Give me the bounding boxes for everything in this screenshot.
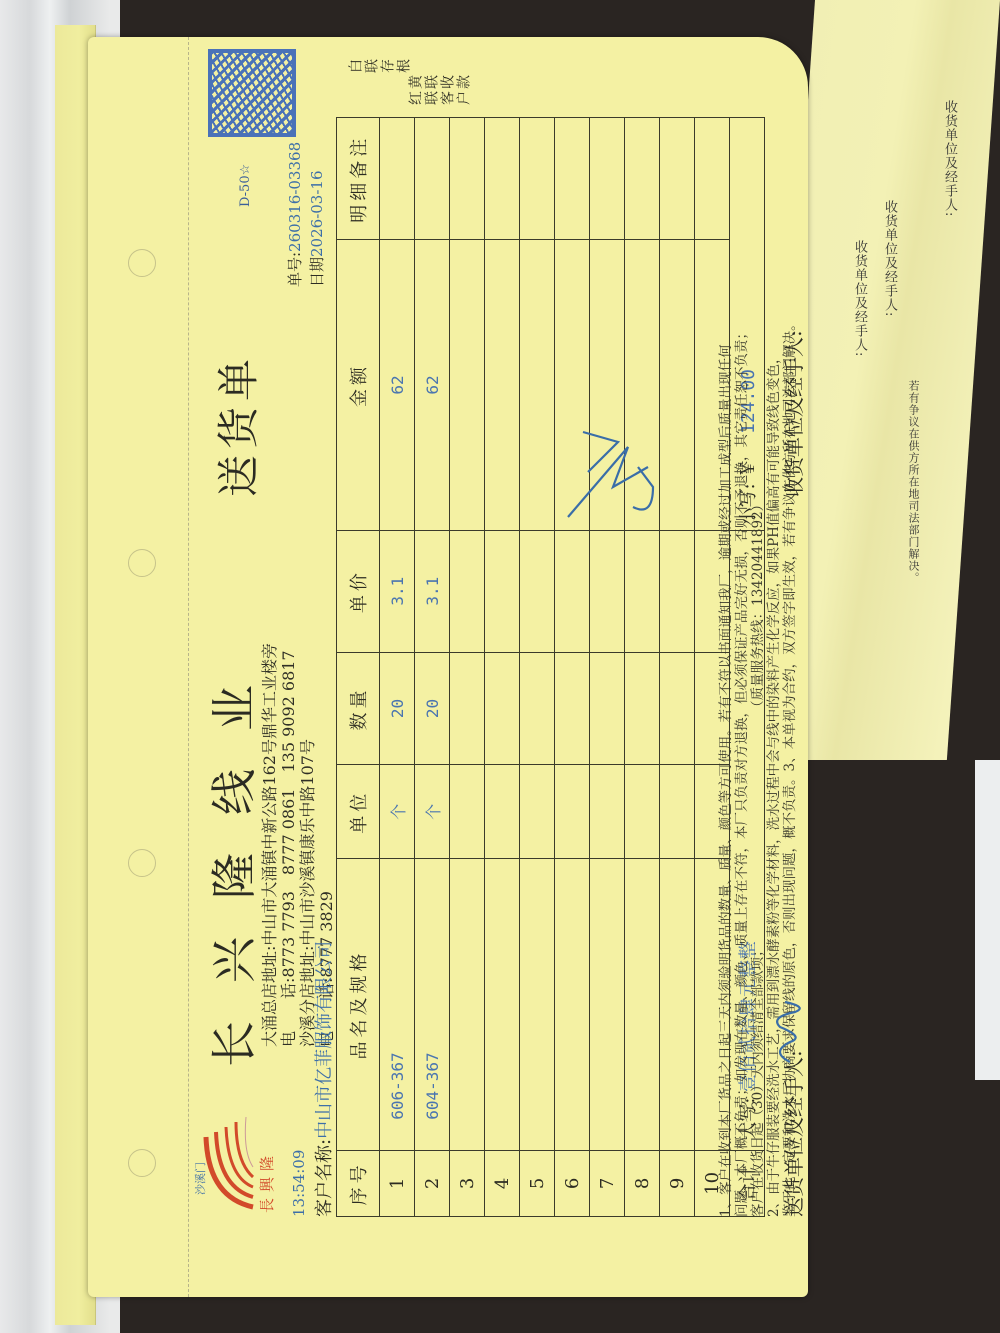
terms-line: 问题，本厂概不负责；如发现在数量、颜色、质量上存在不符，本厂只负责对方退换，但必… [734, 97, 750, 1217]
cell-price [659, 530, 694, 652]
cell-unit [449, 764, 484, 858]
cell-amount: 62 [379, 239, 414, 529]
header-no: 序号 [336, 1150, 379, 1216]
delivery-note-photo: 沙溪门 長興隆 长兴隆线业 送货单 大涌总店地址:中山市大涌镇中新公路162号鼎… [80, 0, 815, 1333]
document-date: 日期2026-03-16 [306, 170, 327, 287]
table-row: 6 [554, 117, 589, 1216]
cell-spec [484, 858, 519, 1150]
cell-unit [484, 764, 519, 858]
cell-note [589, 117, 624, 239]
cell-price [484, 530, 519, 652]
cell-note [659, 117, 694, 239]
cell-no: 8 [624, 1150, 659, 1216]
handwritten-signature-icon [558, 407, 658, 527]
cell-amount [519, 239, 554, 529]
items-table: 序号 品名及规格 单位 数量 单价 金额 明细备注 1 606-367 个 20… [336, 117, 765, 1217]
cell-no: 3 [449, 1150, 484, 1216]
cell-price [589, 530, 624, 652]
cell-spec [624, 858, 659, 1150]
background-white-sheet [975, 760, 1000, 1080]
delivery-note: 沙溪门 長興隆 长兴隆线业 送货单 大涌总店地址:中山市大涌镇中新公路162号鼎… [88, 37, 808, 1297]
cell-unit [519, 764, 554, 858]
cell-note [624, 117, 659, 239]
cell-no: 7 [589, 1150, 624, 1216]
table-row: 3 [449, 117, 484, 1216]
cell-qty [554, 652, 589, 764]
head-office-address-label: 大涌总店地址: [260, 945, 279, 1046]
table-row: 5 [519, 117, 554, 1216]
head-office-address: 中山市大涌镇中新公路162号鼎华工业楼旁 [260, 643, 279, 946]
cell-amount [484, 239, 519, 529]
customer-name: 中山市亿菲服饰有限公司 [314, 940, 335, 1138]
punch-hole [128, 549, 156, 577]
cell-spec [659, 858, 694, 1150]
sender-signature-label: 送货单位及经手人: [778, 1050, 807, 1217]
cell-no: 2 [414, 1150, 449, 1216]
print-time: 13:54:09 [290, 1149, 308, 1216]
perforation-line [188, 37, 189, 1297]
receiver-signature-label: 收货单位及经手人: [778, 330, 807, 497]
cell-note [519, 117, 554, 239]
header-amount: 金额 [336, 239, 379, 529]
cell-qty [659, 652, 694, 764]
logo-brand-text: 長興隆 [256, 1149, 277, 1212]
document-number-value: 260316-03368 [286, 141, 304, 251]
cell-spec [554, 858, 589, 1150]
header-unit: 单位 [336, 764, 379, 858]
cell-spec: 606-367 [379, 858, 414, 1150]
cell-note [484, 117, 519, 239]
cell-qty [449, 652, 484, 764]
cell-price [449, 530, 484, 652]
cell-price: 3.1 [379, 530, 414, 652]
cell-unit [624, 764, 659, 858]
cell-unit [554, 764, 589, 858]
header-qty: 数量 [336, 652, 379, 764]
cell-no: 4 [484, 1150, 519, 1216]
cell-qty [484, 652, 519, 764]
background-receiver-label: 收货单位及经手人: [880, 200, 899, 317]
header-price: 单价 [336, 530, 379, 652]
company-logo: 沙溪门 長興隆 [198, 1107, 278, 1217]
cell-qty: 20 [379, 652, 414, 764]
terms-line: 1、客户在收到本厂货品之日起三天内须验明货品的数量、质量、颜色等方可使用。若有不… [718, 97, 734, 1217]
cell-no: 1 [379, 1150, 414, 1216]
cell-note [554, 117, 589, 239]
punch-hole [128, 849, 156, 877]
header-note: 明细备注 [336, 117, 379, 239]
sender-signature-icon [770, 997, 810, 1067]
cell-amount [449, 239, 484, 529]
document-date-label: 日期 [308, 256, 326, 286]
cell-amount: 62 [414, 239, 449, 529]
cell-unit: 个 [379, 764, 414, 858]
document-number: 单号:260316-03368 [284, 141, 305, 286]
cell-qty: 20 [414, 652, 449, 764]
cell-price: 3.1 [414, 530, 449, 652]
cell-no: 5 [519, 1150, 554, 1216]
head-office-phone: 8773 7793 8777 0861 135 9092 6817 [279, 650, 298, 977]
copy-yellow-label: 黄联收款 [408, 75, 472, 91]
cell-price [519, 530, 554, 652]
background-receiver-label: 收货单位及经手人: [940, 100, 959, 217]
customer-label: 客户名称: [314, 1138, 335, 1216]
cell-qty [519, 652, 554, 764]
branch-address: 中山市沙溪镇康乐中路107号 [298, 739, 317, 946]
customer-field: 客户名称:中山市亿菲服饰有限公司 [310, 940, 336, 1216]
cell-price [624, 530, 659, 652]
copy-white-label: 白联存根 [348, 59, 472, 75]
company-title: 长兴隆线业 [198, 647, 264, 1067]
cell-spec [589, 858, 624, 1150]
cell-qty [589, 652, 624, 764]
table-row: 1 606-367 个 20 3.1 62 [379, 117, 414, 1216]
logo-branch-text: 沙溪门 [192, 1162, 208, 1195]
table-row: 4 [484, 117, 519, 1216]
header-spec: 品名及规格 [336, 858, 379, 1150]
table-row: 9 [659, 117, 694, 1216]
punch-hole [128, 249, 156, 277]
cell-qty [624, 652, 659, 764]
background-terms-text: 若有争议在供方所在地司法部门解决。 [905, 380, 921, 584]
table-row: 2 604-367 个 20 3.1 62 [414, 117, 449, 1216]
document-number-label: 单号: [286, 251, 304, 286]
cell-unit: 个 [414, 764, 449, 858]
document-date-value: 2026-03-16 [308, 170, 326, 256]
cell-no: 9 [659, 1150, 694, 1216]
cell-amount [659, 239, 694, 529]
table-header-row: 序号 品名及规格 单位 数量 单价 金额 明细备注 [336, 117, 379, 1216]
cell-unit [659, 764, 694, 858]
cell-spec: 604-367 [414, 858, 449, 1150]
background-receiver-label: 收货单位及经手人: [850, 240, 869, 357]
cell-note [379, 117, 414, 239]
punch-hole [128, 1149, 156, 1177]
terms-line: 客户在收货日起（30）天内须结清全部款项； （质量服务热线：1342044189… [750, 97, 766, 1217]
head-office-phone-label: 电 话: [279, 977, 298, 1046]
document-type-title: 送货单 [206, 352, 266, 496]
cell-note [414, 117, 449, 239]
copy-labels: 白联存根 黄联收款 红联客户 [348, 59, 472, 107]
cell-price [554, 530, 589, 652]
cell-spec [519, 858, 554, 1150]
cell-no: 6 [554, 1150, 589, 1216]
cell-spec [449, 858, 484, 1150]
form-code: D-50☆ [238, 163, 253, 206]
table-row: 7 [589, 117, 624, 1216]
table-row: 8 [624, 117, 659, 1216]
qr-code-icon [208, 49, 296, 137]
cell-unit [589, 764, 624, 858]
cell-note [449, 117, 484, 239]
copy-red-label: 红联客户 [408, 91, 472, 107]
